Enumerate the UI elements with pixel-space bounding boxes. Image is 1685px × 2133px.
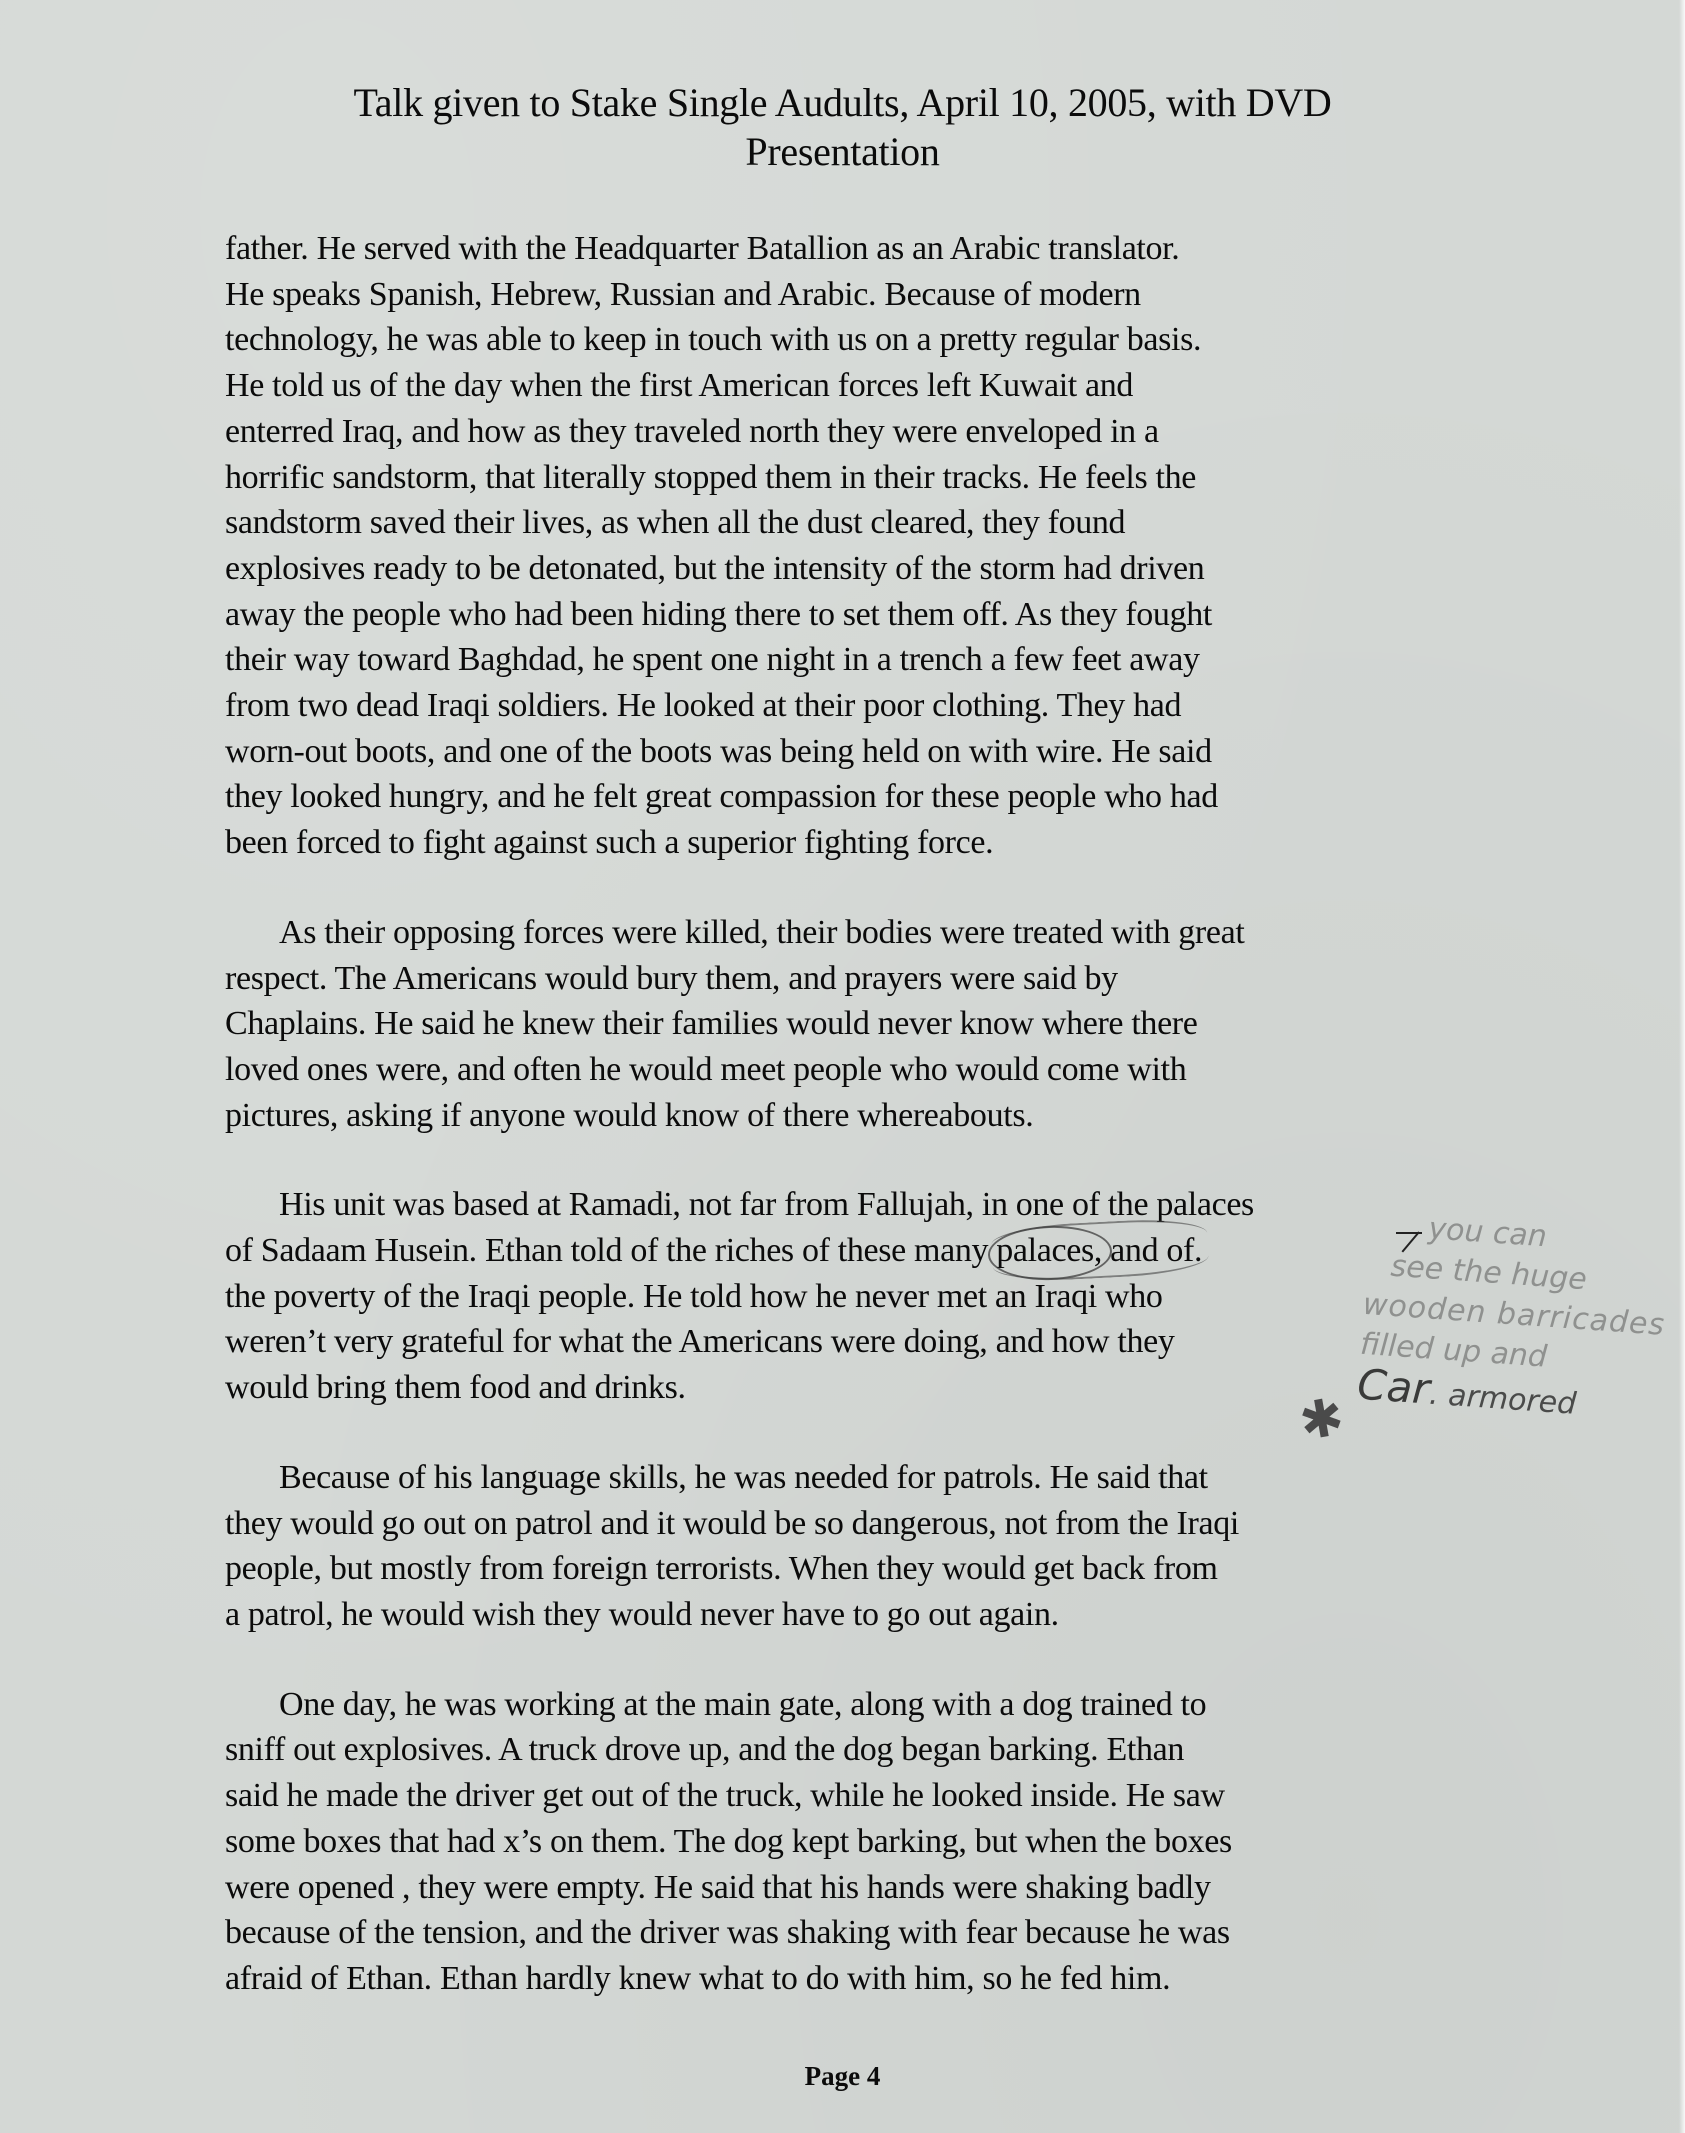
paragraph-2: As their opposing forces were killed, th…	[225, 910, 1465, 1139]
text-line: would bring them food and drinks.	[225, 1365, 1465, 1411]
text-line: because of the tension, and the driver w…	[225, 1910, 1465, 1956]
text-segment: of Sadaam Husein. Ethan told of the rich…	[225, 1232, 996, 1269]
text-line: worn-out boots, and one of the boots was…	[225, 729, 1465, 775]
text-line: weren’t very grateful for what the Ameri…	[225, 1319, 1465, 1365]
text-line: sandstorm saved their lives, as when all…	[225, 500, 1465, 546]
text-line: His unit was based at Ramadi, not far fr…	[225, 1182, 1465, 1228]
text-line: He speaks Spanish, Hebrew, Russian and A…	[225, 272, 1465, 318]
text-line: pictures, asking if anyone would know of…	[225, 1093, 1465, 1139]
text-line: people, but mostly from foreign terroris…	[225, 1546, 1465, 1592]
text-line: they would go out on patrol and it would…	[225, 1501, 1465, 1547]
text-line: horrific sandstorm, that literally stopp…	[225, 455, 1465, 501]
paragraph-5: One day, he was working at the main gate…	[225, 1682, 1465, 2002]
text-line: they looked hungry, and he felt great co…	[225, 774, 1465, 820]
text-line: said he made the driver get out of the t…	[225, 1773, 1465, 1819]
text-line: the poverty of the Iraqi people. He told…	[225, 1274, 1465, 1320]
text-line: a patrol, he would wish they would never…	[225, 1592, 1465, 1638]
text-line: their way toward Baghdad, he spent one n…	[225, 637, 1465, 683]
title-line-2: Presentation	[0, 127, 1685, 176]
text-line: some boxes that had x’s on them. The dog…	[225, 1819, 1465, 1865]
circled-word: palaces,	[996, 1228, 1102, 1274]
paragraph-3: His unit was based at Ramadi, not far fr…	[225, 1182, 1465, 1411]
paragraph-1: father. He served with the Headquarter B…	[225, 226, 1465, 866]
paragraph-4: Because of his language skills, he was n…	[225, 1455, 1465, 1638]
text-line: father. He served with the Headquarter B…	[225, 226, 1465, 272]
text-line: Chaplains. He said he knew their familie…	[225, 1001, 1465, 1047]
text-line: loved ones were, and often he would meet…	[225, 1047, 1465, 1093]
text-line: from two dead Iraqi soldiers. He looked …	[225, 683, 1465, 729]
handwritten-margin-note: you can see the huge wooden barricades f…	[1356, 1205, 1685, 1432]
text-line: technology, he was able to keep in touch…	[225, 317, 1465, 363]
document-body: father. He served with the Headquarter B…	[225, 226, 1465, 2046]
text-line: Because of his language skills, he was n…	[225, 1455, 1465, 1501]
text-line-annotated: of Sadaam Husein. Ethan told of the rich…	[225, 1228, 1465, 1274]
text-line: He told us of the day when the first Ame…	[225, 363, 1465, 409]
document-page: Talk given to Stake Single Audults, Apri…	[0, 0, 1685, 2133]
text-line: afraid of Ethan. Ethan hardly knew what …	[225, 1956, 1465, 2002]
handwritten-armored: . armored	[1428, 1377, 1577, 1422]
text-line: explosives ready to be detonated, but th…	[225, 546, 1465, 592]
text-line: enterred Iraq, and how as they traveled …	[225, 409, 1465, 455]
text-line: been forced to fight against such a supe…	[225, 820, 1465, 866]
text-line: away the people who had been hiding ther…	[225, 592, 1465, 638]
title-line-1: Talk given to Stake Single Audults, Apri…	[0, 78, 1685, 127]
text-line: As their opposing forces were killed, th…	[225, 910, 1465, 956]
text-line: respect. The Americans would bury them, …	[225, 956, 1465, 1002]
text-line: were opened , they were empty. He said t…	[225, 1865, 1465, 1911]
document-title: Talk given to Stake Single Audults, Apri…	[0, 78, 1685, 176]
text-line: sniff out explosives. A truck drove up, …	[225, 1727, 1465, 1773]
text-line: One day, he was working at the main gate…	[225, 1682, 1465, 1728]
pencil-loop-annotation: palaces, and of	[996, 1228, 1194, 1274]
handwritten-car: Car	[1356, 1360, 1432, 1414]
text-segment: and of	[1102, 1232, 1194, 1269]
page-number: Page 4	[0, 2061, 1685, 2092]
